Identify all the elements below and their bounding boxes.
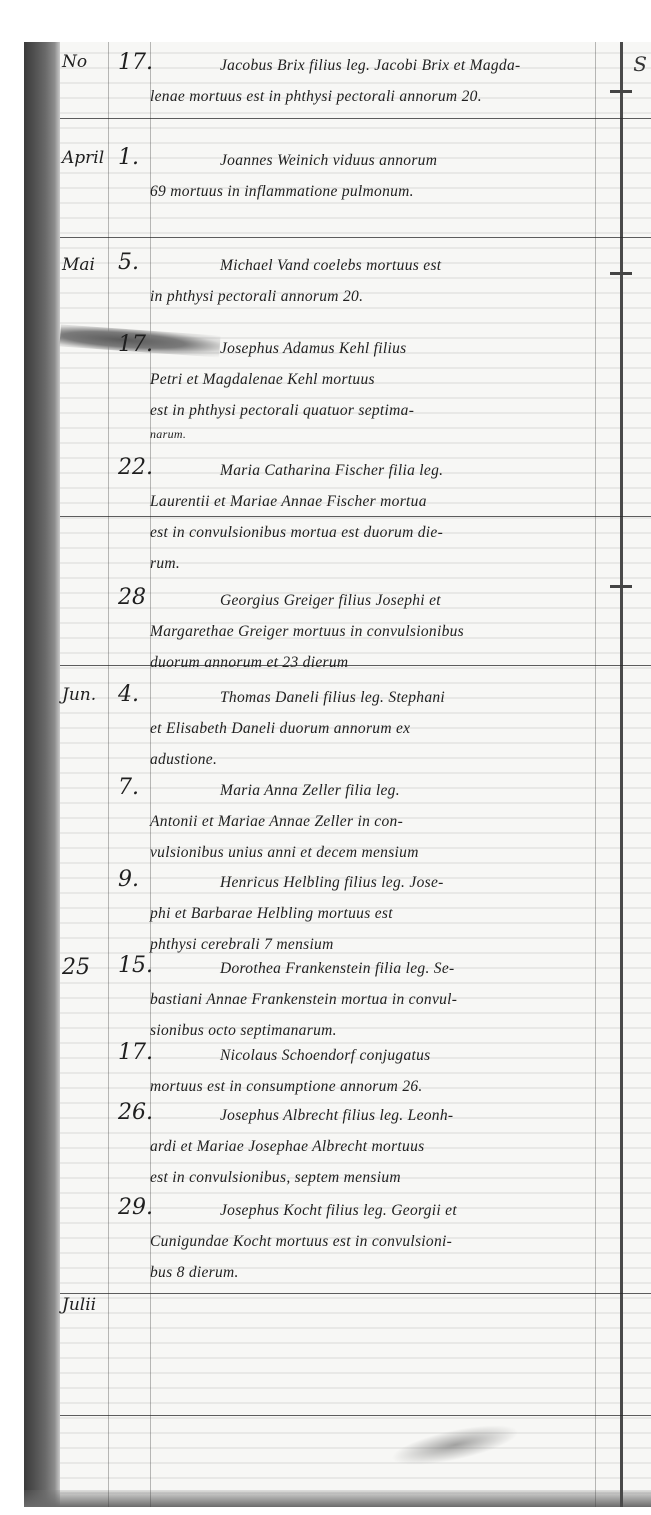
entry-line: ardi et Mariae Josephae Albrecht mortuus (150, 1131, 595, 1162)
margin-tick (610, 585, 632, 588)
entry-line: mortuus est in consumptione annorum 26. (150, 1071, 595, 1102)
entry-line: Josephus Kocht filius leg. Georgii et (150, 1195, 595, 1226)
entry-separator (60, 237, 651, 238)
entry-text: Henricus Helbling filius leg. Jose- phi … (150, 867, 595, 960)
entry-separator (60, 1293, 651, 1294)
entry-line: duorum annorum et 23 dierum (150, 647, 595, 678)
entry-line: rum. (150, 548, 595, 579)
entry-separator (60, 118, 651, 119)
entry-line: narum. (150, 426, 595, 442)
entry-line: Maria Catharina Fischer filia leg. (150, 455, 595, 486)
entry-text: Joannes Weinich viduus annorum 69 mortuu… (150, 145, 595, 207)
entry-text: Josephus Kocht filius leg. Georgii et Cu… (150, 1195, 595, 1288)
entry-line: Antonii et Mariae Annae Zeller in con- (150, 806, 595, 837)
entry-line: Jacobus Brix filius leg. Jacobi Brix et … (150, 50, 595, 81)
entry-line: Maria Anna Zeller filia leg. (150, 775, 595, 806)
column-rule-outer (620, 42, 623, 1507)
entry-line: Cunigundae Kocht mortuus est in convulsi… (150, 1226, 595, 1257)
entry-line: bastiani Annae Frankenstein mortua in co… (150, 984, 595, 1015)
entry-text: Thomas Daneli filius leg. Stephani et El… (150, 682, 595, 775)
entry-text: Josephus Adamus Kehl filius Petri et Mag… (150, 333, 595, 442)
entry-line: Joannes Weinich viduus annorum (150, 145, 595, 176)
entry-separator (60, 1415, 651, 1416)
entry-line: Laurentii et Mariae Annae Fischer mortua (150, 486, 595, 517)
book-spine-shadow (24, 42, 60, 1507)
entry-text: Georgius Greiger filius Josephi et Marga… (150, 585, 595, 678)
entry-line: Georgius Greiger filius Josephi et (150, 585, 595, 616)
entry-line: Josephus Adamus Kehl filius (150, 333, 595, 364)
entry-line: phi et Barbarae Helbling mortuus est (150, 898, 595, 929)
entry-line: Margarethae Greiger mortuus in convulsio… (150, 616, 595, 647)
entry-line: Josephus Albrecht filius leg. Leonh- (150, 1100, 595, 1131)
entry-line: Petri et Magdalenae Kehl mortuus (150, 364, 595, 395)
entry-text: Michael Vand coelebs mortuus est in phth… (150, 250, 595, 312)
margin-tick (610, 272, 632, 275)
entry-text: Maria Anna Zeller filia leg. Antonii et … (150, 775, 595, 868)
footer-month-label: Julii (62, 1295, 112, 1315)
margin-tick (610, 90, 632, 93)
entry-margin-label: 25 (62, 955, 112, 980)
entry-line: est in phthysi pectorali quatuor septima… (150, 395, 595, 426)
entry-line: Michael Vand coelebs mortuus est (150, 250, 595, 281)
edge-mark: S (633, 52, 647, 76)
entry-text: Dorothea Frankenstein filia leg. Se- bas… (150, 953, 595, 1046)
entry-text: Maria Catharina Fischer filia leg. Laure… (150, 455, 595, 579)
entry-margin-label: No (62, 52, 112, 72)
entry-line: Thomas Daneli filius leg. Stephani (150, 682, 595, 713)
entry-margin-label: April (62, 148, 112, 168)
entry-line: Dorothea Frankenstein filia leg. Se- (150, 953, 595, 984)
entry-line: in phthysi pectorali annorum 20. (150, 281, 595, 312)
entry-margin-label: Jun. (62, 685, 112, 705)
entry-line: Nicolaus Schoendorf conjugatus (150, 1040, 595, 1071)
entry-line: vulsionibus unius anni et decem mensium (150, 837, 595, 868)
column-rule-right (595, 42, 596, 1507)
entry-line: Henricus Helbling filius leg. Jose- (150, 867, 595, 898)
entry-text: Nicolaus Schoendorf conjugatus mortuus e… (150, 1040, 595, 1102)
entry-line: est in convulsionibus mortua est duorum … (150, 517, 595, 548)
entry-text: Josephus Albrecht filius leg. Leonh- ard… (150, 1100, 595, 1193)
entry-line: et Elisabeth Daneli duorum annorum ex (150, 713, 595, 744)
entry-line: 69 mortuus in inflammatione pulmonum. (150, 176, 595, 207)
entry-line: bus 8 dierum. (150, 1257, 595, 1288)
entry-line: lenae mortuus est in phthysi pectorali a… (150, 81, 595, 112)
page-bottom-shadow (24, 1490, 651, 1507)
entry-line: adustione. (150, 744, 595, 775)
entry-line: est in convulsionibus, septem mensium (150, 1162, 595, 1193)
entry-text: Jacobus Brix filius leg. Jacobi Brix et … (150, 50, 595, 112)
entry-margin-label: Mai (62, 255, 112, 275)
